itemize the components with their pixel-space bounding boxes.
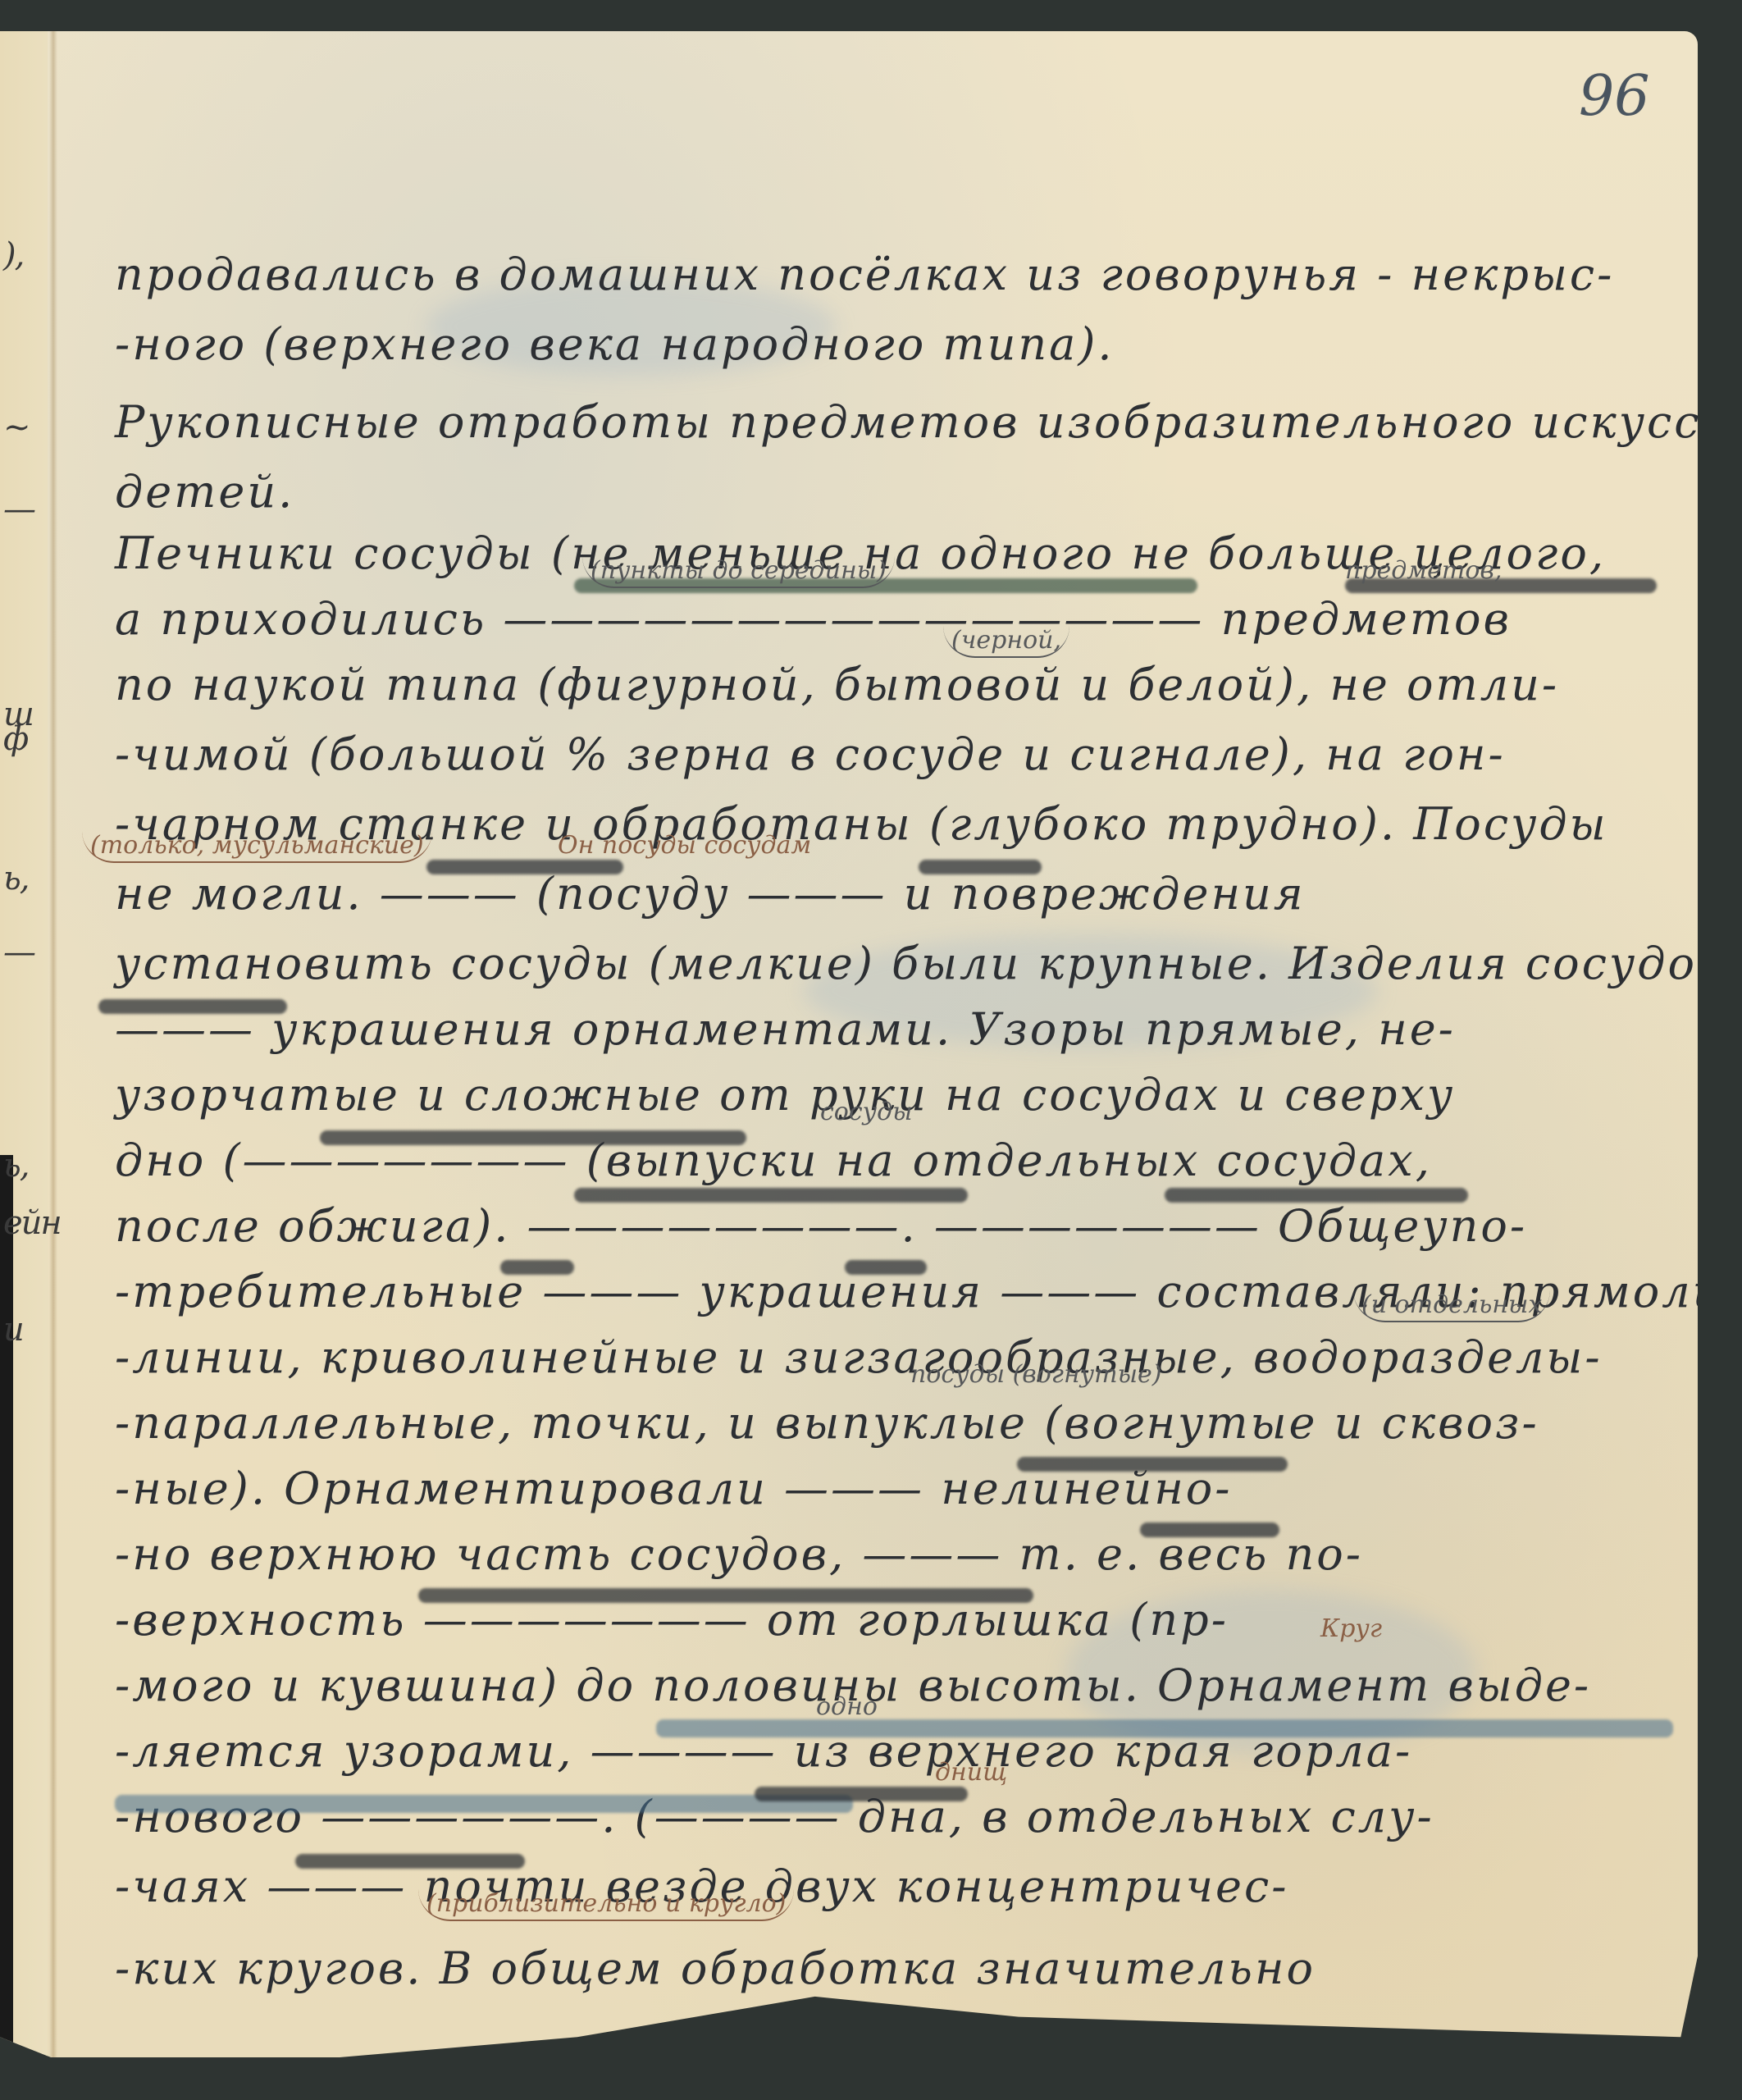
- strikethrough-mark: [295, 1854, 525, 1869]
- left-margin-fragment: ейн: [3, 1204, 61, 1242]
- manuscript-line: после обжига). ————————. ——————— Общеупо…: [115, 1200, 1527, 1252]
- interlinear-annotation: (приблизительно и кругло): [418, 1889, 794, 1921]
- manuscript-line: -параллельные, точки, и выпуклые (вогнут…: [115, 1397, 1539, 1449]
- strikethrough-mark: [98, 999, 287, 1014]
- interlinear-annotation: днищ: [935, 1758, 1007, 1787]
- manuscript-line: -чимой (большой % зерна в сосуде и сигна…: [115, 728, 1506, 780]
- strikethrough-mark: [500, 1260, 574, 1275]
- manuscript-line: установить сосуды (мелкие) были крупные.…: [115, 938, 1725, 989]
- manuscript-line: -ких кругов. В общем обработка значитель…: [115, 1942, 1316, 1994]
- manuscript-line: по наукой типа (фигурной, бытовой и бело…: [115, 659, 1559, 710]
- strikethrough-mark: [845, 1260, 927, 1275]
- interlinear-annotation: предметов,: [1345, 556, 1502, 585]
- strikethrough-mark: [574, 1188, 968, 1203]
- manuscript-line: Рукописные отработы предметов изобразите…: [115, 396, 1742, 448]
- strikethrough-mark: [1140, 1522, 1279, 1537]
- left-torn-edge: [0, 1155, 13, 2057]
- left-margin-fragment: —: [3, 491, 34, 528]
- strikethrough-mark: [755, 1787, 968, 1801]
- strikethrough-mark: [1017, 1457, 1288, 1472]
- strikethrough-mark: [1165, 1188, 1468, 1203]
- left-margin-fragment: —: [3, 934, 34, 971]
- left-margin-fragment: ь,: [3, 860, 29, 897]
- interlinear-annotation: (только, мусульманские): [82, 831, 432, 863]
- strikethrough-mark: [919, 860, 1042, 874]
- interlinear-annotation: (и отдельных: [1353, 1290, 1550, 1322]
- manuscript-page: ),~—шфь,—ь,ейни 96 продавались в домашни…: [0, 31, 1698, 2057]
- manuscript-line: -линии, криволинейные и зигзагообразные,…: [115, 1331, 1603, 1383]
- page-fold: [49, 31, 57, 2057]
- left-margin-fragment: ь,: [3, 1147, 29, 1185]
- left-margin-fragment: ~: [3, 409, 30, 446]
- strikethrough-mark: [656, 1719, 1673, 1737]
- interlinear-annotation: посуды (вогнутые): [910, 1360, 1161, 1389]
- strikethrough-mark: [320, 1130, 746, 1145]
- left-margin-fragment: ),: [3, 236, 23, 274]
- interlinear-annotation: Круг: [1320, 1614, 1382, 1643]
- folio-number: 96: [1579, 64, 1650, 129]
- left-margin-fragment: ф: [3, 720, 27, 758]
- manuscript-line: продавались в домашних посёлках из говор…: [115, 249, 1614, 300]
- manuscript-line: не могли. ——— (посуду ——— и повреждения: [115, 868, 1306, 920]
- strikethrough-mark: [115, 1795, 853, 1813]
- strikethrough-mark: [426, 860, 623, 874]
- interlinear-annotation: Он посуды сосудам: [558, 831, 811, 860]
- interlinear-annotation: сосуды: [820, 1098, 913, 1126]
- left-margin-fragment: и: [3, 1311, 23, 1349]
- interlinear-annotation: (пункты до середины): [582, 556, 895, 588]
- manuscript-line: дно (——————— (выпуски на отдельных сосуд…: [115, 1134, 1432, 1186]
- interlinear-annotation: одно: [816, 1692, 878, 1721]
- manuscript-line: детей.: [115, 466, 294, 518]
- manuscript-line: ——— украшения орнаментами. Узоры прямые,…: [115, 1003, 1456, 1055]
- manuscript-line: -ного (верхнего века народного типа).: [115, 318, 1115, 370]
- strikethrough-mark: [418, 1588, 1033, 1603]
- manuscript-line: узорчатые и сложные от руки на сосудах и…: [115, 1069, 1455, 1121]
- manuscript-line: а приходились ——————————————— предметов: [115, 593, 1512, 645]
- interlinear-annotation: (черной,: [943, 626, 1069, 658]
